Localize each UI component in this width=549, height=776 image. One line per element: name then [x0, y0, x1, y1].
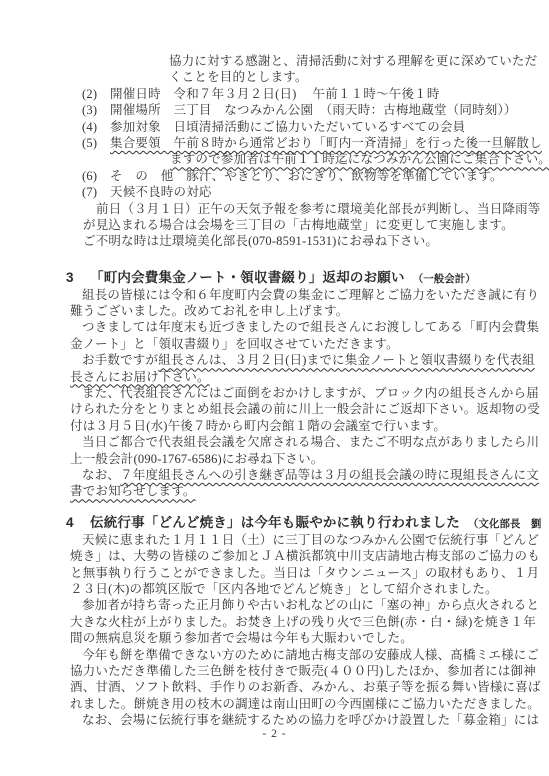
text-segment: お手数ですが [82, 353, 158, 367]
text-line: (2)開催日時 令和７年３月２日(日) 午前１１時～午後１時 [66, 86, 536, 102]
text-line: ますので参加者は午前１１時迄になつみかん公園にご集合下さい。 [66, 151, 536, 167]
text-segment: 参加対象 日頃清掃活動にご協力いただいているすべての会員 [110, 120, 465, 134]
text-segment: なお、 [82, 468, 120, 482]
text-line: ２３日(木)の都筑区版で「区内各地でどんど焼き」として紹介されました。 [66, 581, 536, 597]
text-segment: 開催場所 三丁目 なつみかん公園 （雨天時：古梅地蔵堂（同時刻）） [110, 103, 517, 117]
text-segment: 「町内会費集金ノート・領収書綴り」返却のお願い [90, 270, 405, 285]
text-line: 大きな火柱が上がりました。お焚き上げの残り火で三色餅(赤・白・緑)を焼き１年 [66, 614, 536, 630]
text-line: が見込まれる場合は会場を三丁目の「古梅地蔵堂」に変更して実施します。 [66, 217, 536, 233]
emphasized-text: ますので参加者は午前１１時迄になつみかん公園にご集合下さい。 [170, 152, 549, 166]
text-line: つきましては年度末も近づきましたので組長さんにお渡ししてある「町内会費集 [66, 319, 536, 335]
section-4-heading-note: （文化部長 劉 鋭） [460, 518, 549, 530]
text-segment: 前日（３月１日）正午の天気予報を参考に環境美化部長が判断し、当日降雨等 [96, 202, 541, 216]
section-3-heading: 3「町内会費集金ノート・領収書綴り」返却のお願い（一般会計） [66, 268, 536, 287]
text-segment: また、代表組長さんにはご面倒をおかけしますが、ブロック内の組長さんから届 [82, 386, 539, 400]
text-line: 天候に恵まれた１月１１日（土）に三丁目のなつみかん公園で伝統行事「どんど [66, 532, 536, 548]
text-segment: 今年も餅を準備できない方のために請地古梅支部の安藤成人様、髙橋ミエ様にご [82, 648, 539, 662]
text-line: 付は３月５日(水)午後７時から町内会館１階の会議室で行います。 [66, 418, 536, 434]
text-segment: 間の無病息災を願う参加者で会場は今年も大賑わいでした。 [70, 631, 413, 645]
text-line: (7)天候不良時の対応 [66, 184, 536, 200]
text-line: と無事執り行うことができました。当日は「タウンニュース」の取材もあり、１月 [66, 565, 536, 581]
text-line: 焼き」は、大勢の皆様のご参加とＪＡ横浜都筑中川支店請地古梅支部のご協力のも [66, 548, 536, 564]
text-segment: 組長の皆様には令和６年度町内会費の集金にご理解とご協力をいただき誠に有り [82, 288, 539, 302]
item-marker: (2) [82, 86, 110, 102]
text-line: 金ノート」と「領収書綴り」を回収させていただきます。 [66, 336, 536, 352]
text-line: 協力に対する感謝と、清掃活動に対する理解を更に深めていただ [66, 53, 536, 69]
text-segment: くことを目的とします。 [169, 70, 308, 84]
text-segment: 焼き」は、大勢の皆様のご参加とＪＡ横浜都筑中川支店請地古梅支部のご協力のも [70, 549, 540, 563]
text-line: 書でお知らせします。 [66, 483, 536, 499]
text-line: (3)開催場所 三丁目 なつみかん公園 （雨天時：古梅地蔵堂（同時刻）） [66, 102, 536, 118]
vertical-spacer [66, 250, 536, 268]
emphasized-text: 組長さんは、３月２日(日)までに集金ノートと領収書綴りを代表組 [158, 353, 535, 367]
text-line: れました。餅焼き用の枝木の調達は南山田町の今西園様にご協力いただきました。 [66, 696, 536, 712]
text-line: なお、７年度組長さんへの引き継ぎ品等は３月の組長会議の時に現組長さんに文 [66, 467, 536, 483]
text-segment: ２３日(木)の都筑区版で「区内各地でどんど焼き」として紹介されました。 [70, 582, 498, 596]
text-line: 間の無病息災を願う参加者で会場は今年も大賑わいでした。 [66, 630, 536, 646]
document-content: 協力に対する感謝と、清掃活動に対する理解を更に深めていただくことを目的とします。… [66, 53, 536, 728]
text-line: お手数ですが組長さんは、３月２日(日)までに集金ノートと領収書綴りを代表組 [66, 352, 536, 368]
document-lines: 協力に対する感謝と、清掃活動に対する理解を更に深めていただくことを目的とします。… [66, 53, 536, 728]
text-line: 上一般会計(090-1767-6586)にお尋ね下さい。 [66, 451, 536, 467]
text-line: 組長の皆様には令和６年度町内会費の集金にご理解とご協力をいただき誠に有り [66, 287, 536, 303]
emphasized-text: 長さんにお届け下さい。 [70, 370, 210, 384]
item-marker: (5) [82, 135, 110, 151]
text-segment: 難うございました。改めてお礼を申し上げます。 [70, 304, 348, 318]
item-marker: (3) [82, 102, 110, 118]
text-line: くことを目的とします。 [66, 69, 536, 85]
text-segment: 金ノート」と「領収書綴り」を回収させていただきます。 [70, 337, 399, 351]
text-line: (4)参加対象 日頃清掃活動にご協力いただいているすべての会員 [66, 119, 536, 135]
text-line: なお、会場に伝統行事を継続するための協力を呼びかけ設置した「募金箱」には [66, 712, 536, 728]
text-line: 参加者が持ち寄った正月飾りや古いお札などの山に「塞の神」から点火されると [66, 597, 536, 613]
text-segment: 天候不良時の対応 [110, 185, 212, 199]
item-marker: (6) [82, 168, 110, 184]
item-marker: (7) [82, 184, 110, 200]
page-footer: - 2 - [0, 728, 549, 740]
vertical-spacer [66, 500, 536, 513]
text-segment: そ の 他 豚汁、やきとり、おにぎり、飲物等を準備しています。 [110, 169, 503, 183]
text-line: (6)そ の 他 豚汁、やきとり、おにぎり、飲物等を準備しています。 [66, 168, 536, 184]
text-line: 酒、甘酒、ソフト飲料、手作りのお新香、みかん、お菓子等を振る舞い皆様に喜ば [66, 679, 536, 695]
section-number: 3 [66, 268, 90, 287]
document-page: 協力に対する感謝と、清掃活動に対する理解を更に深めていただくことを目的とします。… [0, 0, 549, 776]
text-segment: 上一般会計(090-1767-6586)にお尋ね下さい。 [70, 452, 324, 466]
emphasized-text: ７年度組長さんへの引き継ぎ品等は３月の組長会議の時に現組長さんに文 [120, 468, 539, 482]
text-segment: 当日ご都合で代表組長会議を欠席される場合、またご不明な点がありましたら川 [82, 435, 539, 449]
text-segment: なお、会場に伝統行事を継続するための協力を呼びかけ設置した「募金箱」には [82, 713, 539, 727]
text-segment: 協力に対する感謝と、清掃活動に対する理解を更に深めていただ [169, 54, 537, 68]
text-line: ご不明な時は辻環境美化部長(070-8591-1531)にお尋ね下さい。 [66, 233, 536, 249]
page-number: - 2 - [262, 728, 286, 740]
text-line: 長さんにお届け下さい。 [66, 369, 536, 385]
text-segment: ご不明な時は辻環境美化部長(070-8591-1531)にお尋ね下さい。 [83, 234, 438, 248]
text-line: 当日ご都合で代表組長会議を欠席される場合、またご不明な点がありましたら川 [66, 434, 536, 450]
text-line: (5)集合要領 午前８時から通常どおり「町内一斉清掃」を行った後一旦解散し [66, 135, 536, 151]
section-number: 4 [66, 513, 90, 532]
emphasized-text: 集合要領 午前８時から通常どおり「町内一斉清掃」を行った後一旦解散し [110, 136, 542, 150]
emphasized-text: 書でお知らせします。 [70, 484, 196, 498]
text-segment: と無事執り行うことができました。当日は「タウンニュース」の取材もあり、１月 [70, 566, 539, 580]
text-line: 前日（３月１日）正午の天気予報を参考に環境美化部長が判断し、当日降雨等 [66, 201, 536, 217]
text-line: また、代表組長さんにはご面倒をおかけしますが、ブロック内の組長さんから届 [66, 385, 536, 401]
text-segment: 協力いただき準備した三色餅を枝付きで販売(４００円)したほか、参加者には御神 [70, 664, 536, 678]
section-3-heading-note: （一般会計） [405, 273, 476, 285]
text-segment: 酒、甘酒、ソフト飲料、手作りのお新香、みかん、お菓子等を振る舞い皆様に喜ば [70, 680, 541, 694]
text-line: 今年も餅を準備できない方のために請地古梅支部の安藤成人様、髙橋ミエ様にご [66, 647, 536, 663]
text-segment: けられた分をとりまとめ組長会議の前に川上一般会計にご返却下さい。返却物の受 [70, 402, 540, 416]
text-segment: 参加者が持ち寄った正月飾りや古いお札などの山に「塞の神」から点火されると [82, 598, 539, 612]
section-4-heading: 4伝統行事「どんど焼き」は今年も賑やかに執り行われました（文化部長 劉 鋭） [66, 513, 536, 532]
text-segment: 大きな火柱が上がりました。お焚き上げの残り火で三色餅(赤・白・緑)を焼き１年 [70, 615, 536, 629]
text-segment: 付は３月５日(水)午後７時から町内会館１階の会議室で行います。 [70, 419, 446, 433]
text-segment: つきましては年度末も近づきましたので組長さんにお渡ししてある「町内会費集 [82, 320, 539, 334]
text-segment: が見込まれる場合は会場を三丁目の「古梅地蔵堂」に変更して実施します。 [83, 218, 514, 232]
text-segment: れました。餅焼き用の枝木の調達は南山田町の今西園様にご協力いただきました。 [70, 697, 540, 711]
text-line: けられた分をとりまとめ組長会議の前に川上一般会計にご返却下さい。返却物の受 [66, 401, 536, 417]
text-segment: 伝統行事「どんど焼き」は今年も賑やかに執り行われました [90, 515, 460, 530]
text-segment: 天候に恵まれた１月１１日（土）に三丁目のなつみかん公園で伝統行事「どんど [82, 533, 539, 547]
text-line: 協力いただき準備した三色餅を枝付きで販売(４００円)したほか、参加者には御神 [66, 663, 536, 679]
text-line: 難うございました。改めてお礼を申し上げます。 [66, 303, 536, 319]
item-marker: (4) [82, 119, 110, 135]
text-segment: 開催日時 令和７年３月２日(日) 午前１１時～午後１時 [110, 87, 440, 101]
